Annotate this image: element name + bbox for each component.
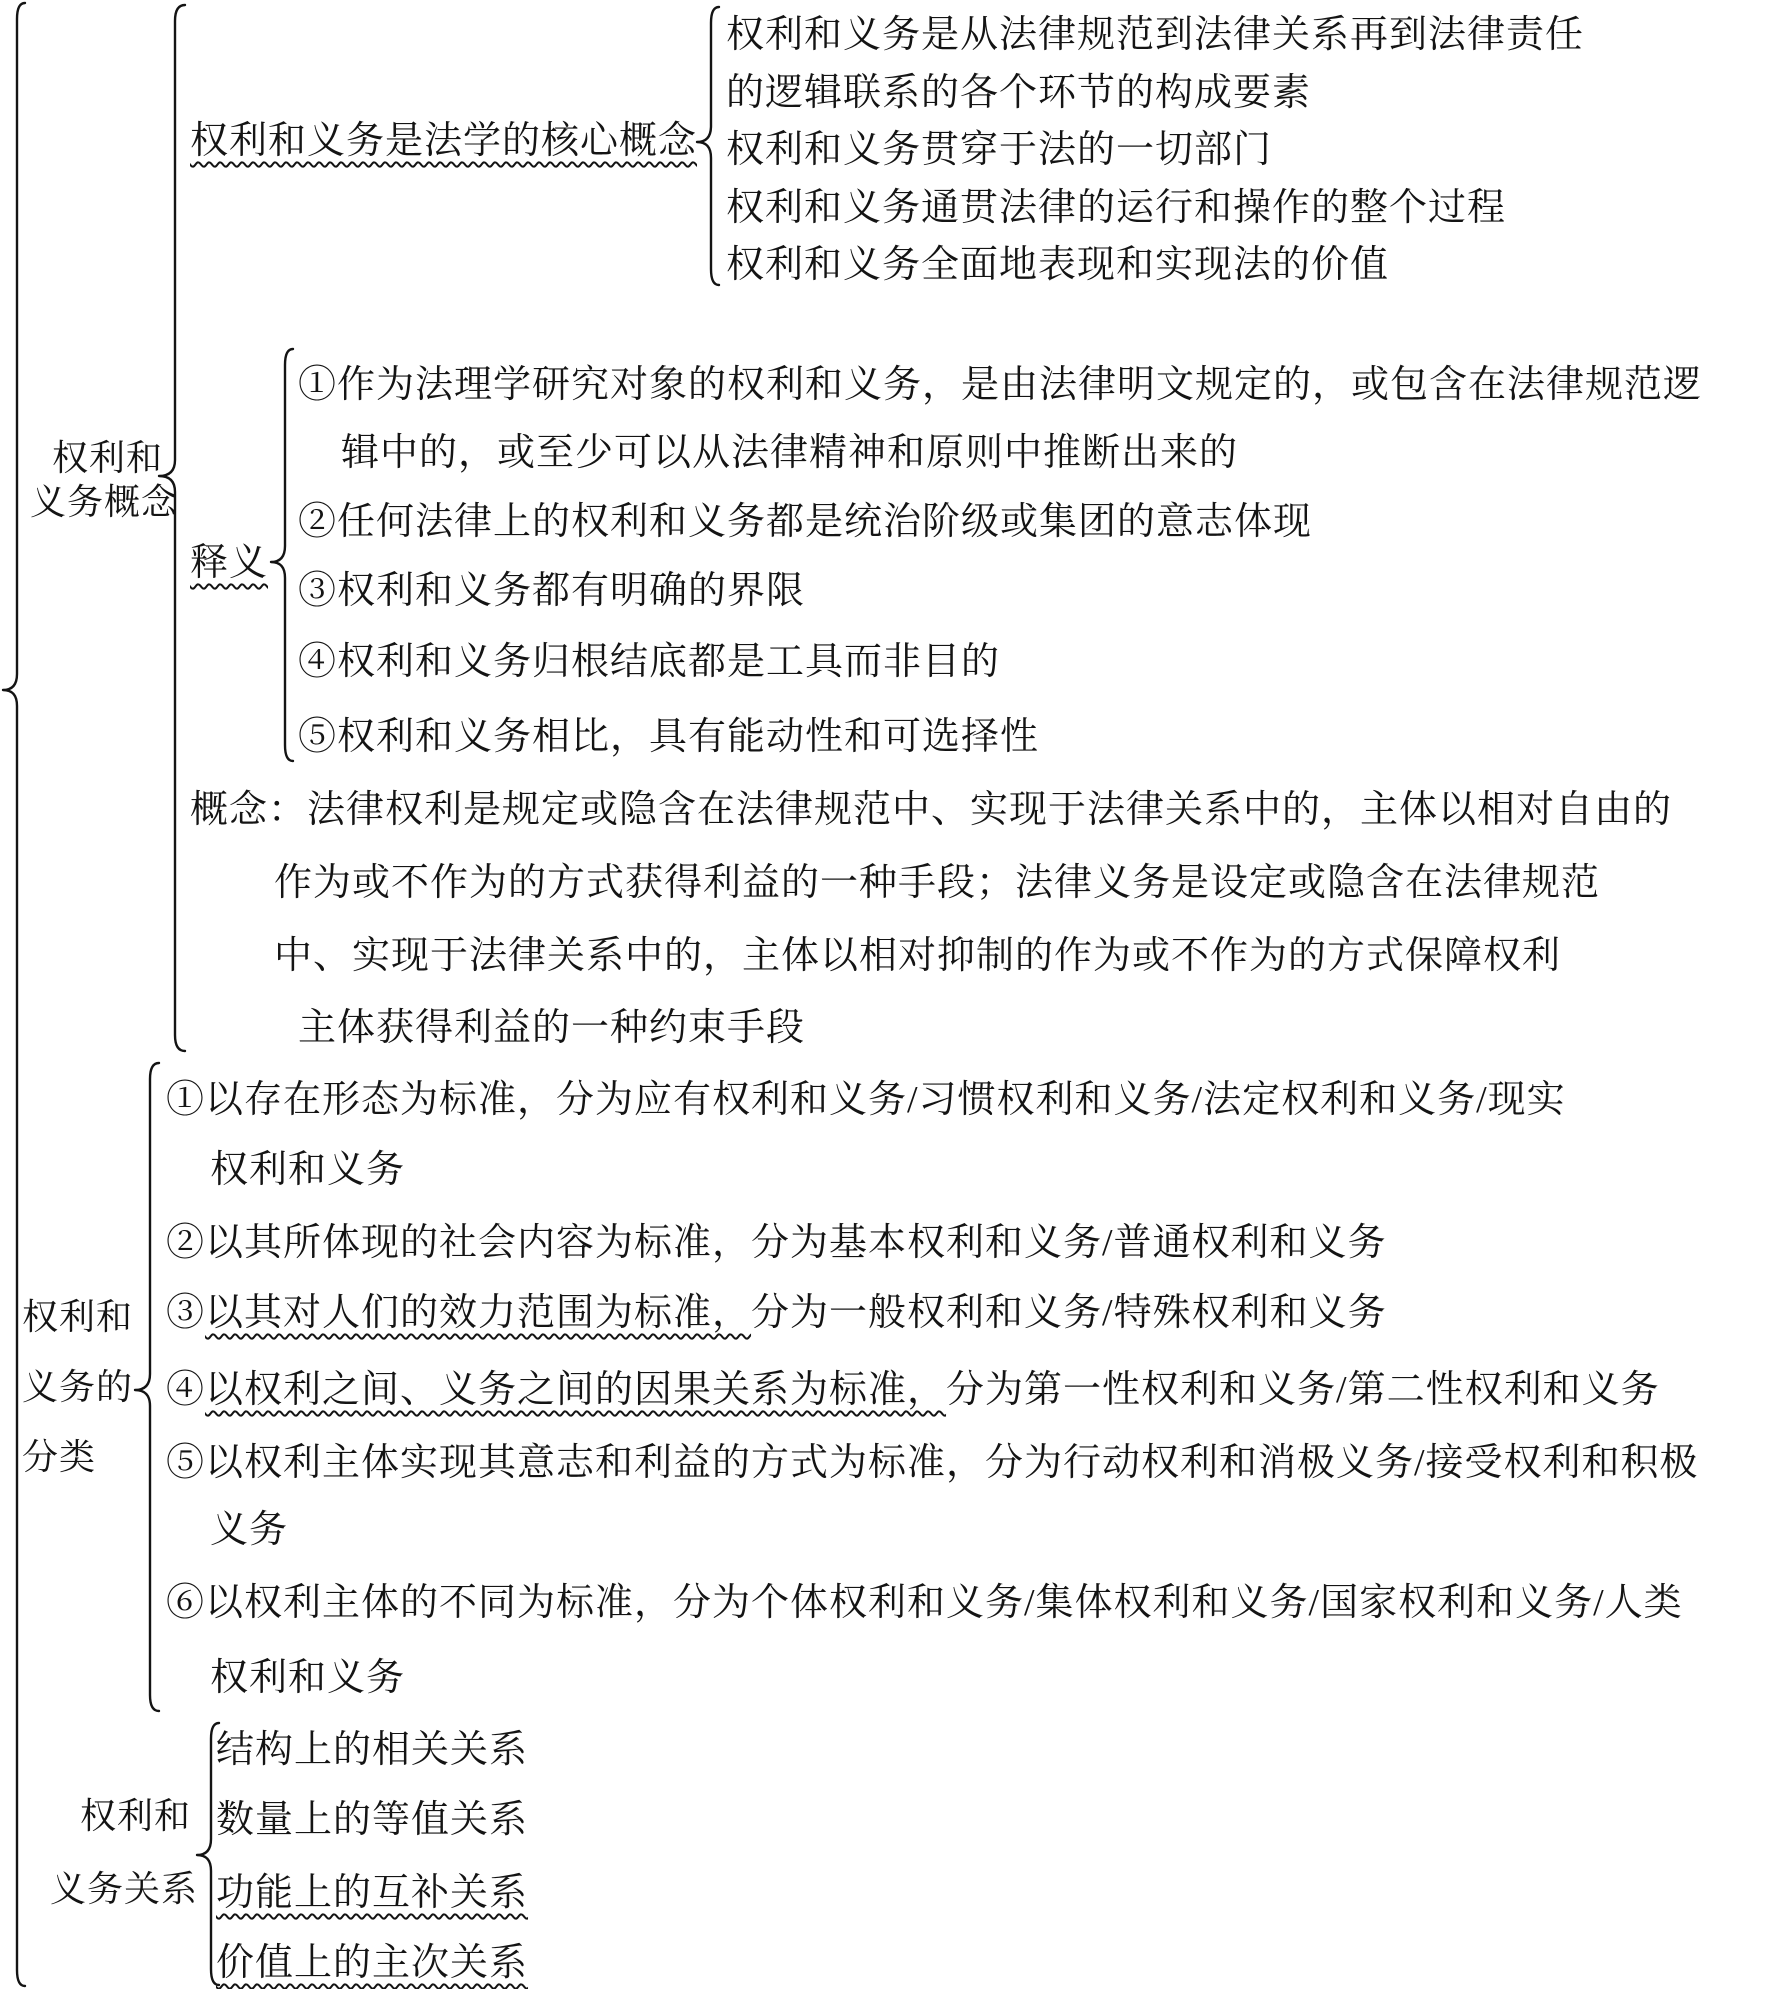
emphasized-criterion: 以权利之间、义务之间的因果关系为标准， [205, 1369, 946, 1411]
core-concept-heading: 权利和义务是法学的核心概念 [190, 118, 697, 164]
brace-concept-section [158, 4, 186, 1052]
classification-item: ⑤以权利主体实现其意志和利益的方式为标准，分为行动权利和消极义务/接受权利和积极 [166, 1440, 1699, 1486]
item-number: ③ [166, 1292, 205, 1334]
item-number: ④ [166, 1369, 205, 1411]
item-rest: 分为第一性权利和义务/第二性权利和义务 [946, 1369, 1660, 1411]
relation-item: 功能上的互补关系 [216, 1870, 528, 1916]
classification-item: ②以其所体现的社会内容为标准，分为基本权利和义务/普通权利和义务 [166, 1220, 1387, 1266]
concept-section-label-line1: 权利和 [52, 436, 163, 480]
relation-item: 数量上的等值关系 [216, 1797, 528, 1843]
shiyi-item: ④权利和义务归根结底都是工具而非目的 [298, 639, 1000, 685]
core-concept-item: 权利和义务贯穿于法的一切部门 [726, 127, 1272, 173]
relation-section-label-line1: 权利和 [80, 1794, 191, 1838]
shiyi-item: ②任何法律上的权利和义务都是统治阶级或集团的意志体现 [298, 499, 1312, 545]
concept-section-label-line2: 义务概念 [30, 480, 178, 524]
emphasized-criterion: 以其对人们的效力范围为标准， [205, 1292, 751, 1334]
classification-item-continuation: 权利和义务 [210, 1655, 405, 1701]
concept-definition-line: 作为或不作为的方式获得利益的一种手段；法律义务是设定或隐含在法律规范 [274, 860, 1600, 906]
shiyi-item-continuation: 辑中的，或至少可以从法律精神和原则中推断出来的 [341, 430, 1238, 476]
relation-item: 价值上的主次关系 [216, 1940, 528, 1986]
classification-section-label-line1: 权利和 [22, 1295, 133, 1339]
classification-item: ①以存在形态为标准，分为应有权利和义务/习惯权利和义务/法定权利和义务/现实 [166, 1077, 1566, 1123]
shiyi-item: ①作为法理学研究对象的权利和义务，是由法律明文规定的，或包含在法律规范逻 [298, 362, 1702, 408]
concept-definition-line: 概念：法律权利是规定或隐含在法律规范中、实现于法律关系中的，主体以相对自由的 [190, 787, 1672, 833]
core-concept-item: 权利和义务通贯法律的运行和操作的整个过程 [726, 185, 1506, 231]
relation-section-label-line2: 义务关系 [50, 1867, 198, 1911]
relation-item: 结构上的相关关系 [216, 1727, 528, 1773]
classification-item: ③以其对人们的效力范围为标准，分为一般权利和义务/特殊权利和义务 [166, 1290, 1387, 1336]
classification-section-label-line3: 分类 [22, 1435, 96, 1479]
classification-section-label-line2: 义务的 [22, 1365, 133, 1409]
concept-definition-line: 中、实现于法律关系中的，主体以相对抑制的作为或不作为的方式保障权利 [274, 933, 1561, 979]
concept-definition-line: 主体获得利益的一种约束手段 [298, 1005, 805, 1051]
core-concept-item: 权利和义务是从法律规范到法律关系再到法律责任 [726, 12, 1584, 58]
brace-core-concept [696, 6, 720, 286]
core-concept-item: 权利和义务全面地表现和实现法的价值 [726, 242, 1389, 288]
brace-shiyi [270, 348, 294, 762]
shiyi-label: 释义 [190, 540, 268, 586]
shiyi-item: ③权利和义务都有明确的界限 [298, 568, 805, 614]
classification-item-continuation: 权利和义务 [210, 1147, 405, 1193]
shiyi-item: ⑤权利和义务相比，具有能动性和可选择性 [298, 714, 1039, 760]
outline-diagram: 权利和 义务概念 权利和义务是法学的核心概念 权利和义务是从法律规范到法律关系再… [0, 0, 1768, 1989]
classification-item: ⑥以权利主体的不同为标准，分为个体权利和义务/集体权利和义务/国家权利和义务/人… [166, 1580, 1683, 1626]
classification-item-continuation: 义务 [210, 1507, 288, 1553]
brace-classification-section [134, 1062, 160, 1712]
core-concept-item: 的逻辑联系的各个环节的构成要素 [726, 70, 1311, 116]
brace-root [2, 2, 26, 1987]
classification-item: ④以权利之间、义务之间的因果关系为标准，分为第一性权利和义务/第二性权利和义务 [166, 1367, 1660, 1413]
item-rest: 分为一般权利和义务/特殊权利和义务 [751, 1292, 1387, 1334]
